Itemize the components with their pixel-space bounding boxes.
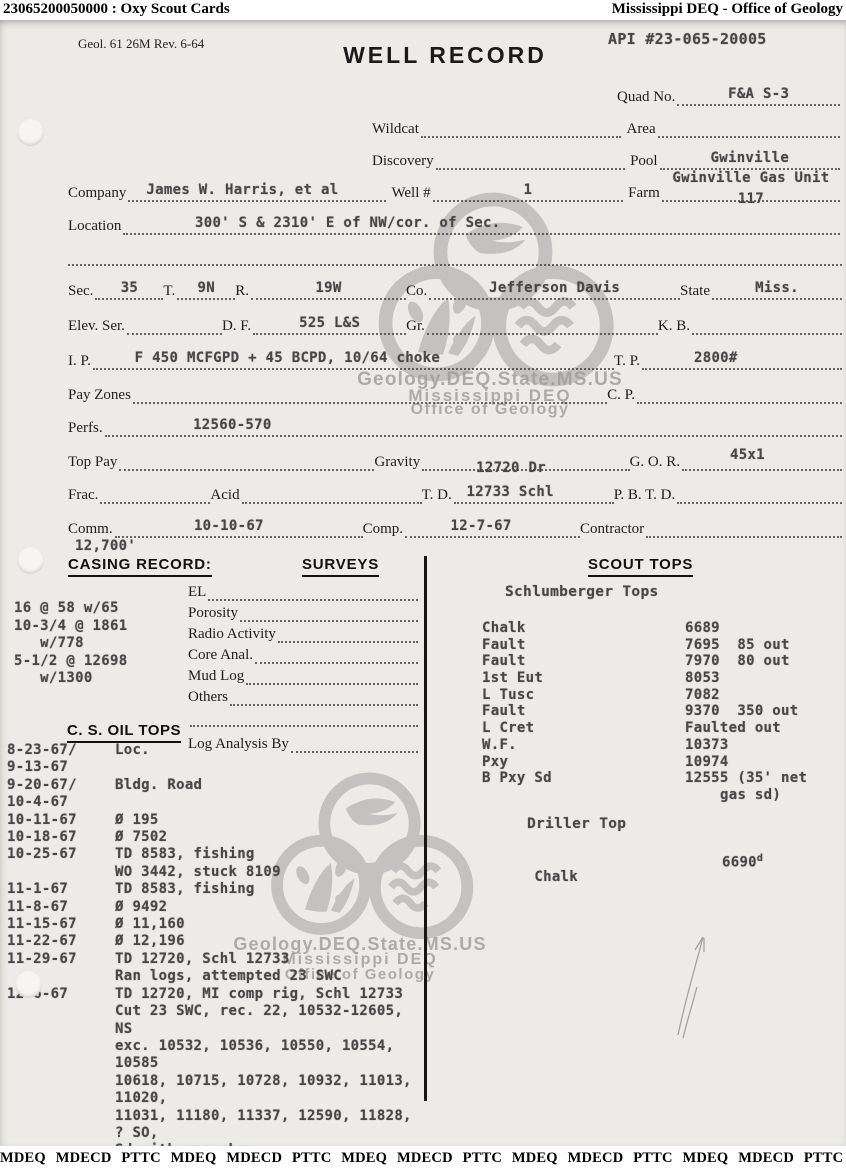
- survey-label: Core Anal.: [188, 648, 255, 664]
- pbtd-line: [677, 476, 842, 504]
- viewer-header-bar: 23065200050000 : Oxy Scout Cards Mississ…: [0, 0, 846, 20]
- scanned-paper: Geology.DEQ.State.MS.US Mississippi DEQ …: [0, 20, 846, 1146]
- field-row-comm-comp-contractor: Comm. 10-10-67 Comp. 12-7-67 Contractor: [68, 512, 842, 538]
- survey-line: [190, 704, 418, 727]
- oil-top-date: 10-4-67: [7, 794, 115, 811]
- oil-top-text: Bldg. Road: [115, 777, 202, 794]
- oil-top-row: 11-8-67Ø 9492: [7, 899, 427, 916]
- township-line: 9N: [177, 272, 235, 300]
- survey-label: EL: [188, 585, 208, 601]
- oil-top-row: 8-23-67/Loc.: [7, 742, 427, 759]
- perfs-label: Perfs.: [68, 421, 105, 437]
- state-label: State: [680, 284, 712, 300]
- oil-top-text: TD 8583, fishing WO 3442, stuck 8109: [115, 846, 281, 881]
- form-title: WELL RECORD: [280, 42, 610, 69]
- casing-record-heading: CASING RECORD:: [68, 556, 212, 577]
- td-schl-value: 12733 Schl: [467, 484, 554, 500]
- frac-line: [100, 476, 210, 504]
- footer-watermark-text: MDEQ MDECD PTTC MDEQ MDECD PTTC MDEQ MDE…: [0, 1148, 846, 1168]
- oil-top-date: 10-11-67: [7, 812, 115, 829]
- comp-value: 12-7-67: [451, 518, 512, 534]
- oil-top-date: 11-29-67: [7, 951, 115, 968]
- field-row-company-well-farm: Company James W. Harris, et al Well # 1 …: [68, 176, 840, 202]
- schlumberger-tops-subheading: Schlumberger Tops: [505, 584, 659, 600]
- gor-label: G. O. R.: [630, 455, 682, 471]
- ip-line: F 450 MCFGPD + 45 BCPD, 10/64 choke: [93, 342, 614, 370]
- casing-line: 16 @ 58 w/65: [14, 600, 127, 618]
- survey-line: [255, 641, 418, 664]
- scanned-well-record-page: 23065200050000 : Oxy Scout Cards Mississ…: [0, 0, 846, 1168]
- range-value: 19W: [315, 280, 341, 296]
- pbtd-label: P. B. T. D.: [614, 488, 678, 504]
- oil-top-row: 12-6-67TD 12720, MI comp rig, Schl 12733…: [7, 986, 427, 1160]
- sec-value: 35: [121, 280, 138, 296]
- farm-value-2: 117: [738, 191, 764, 207]
- gor-value: 45x1: [730, 447, 765, 463]
- farm-line: Gwinville Gas Unit 117: [662, 174, 840, 202]
- survey-item: [188, 706, 418, 727]
- survey-line: [246, 662, 418, 685]
- casing-line: 10-3/4 @ 1861: [14, 618, 127, 636]
- oil-top-row: 10-25-67TD 8583, fishing WO 3442, stuck …: [7, 846, 427, 881]
- comp-label: Comp.: [363, 522, 405, 538]
- comm-line: 10-10-67: [115, 510, 363, 538]
- pay-zones-label: Pay Zones: [68, 388, 133, 404]
- surveys-heading: SURVEYS: [302, 556, 379, 577]
- county-label: Co.: [406, 284, 429, 300]
- viewer-footer-bar: MDEQ MDECD PTTC MDEQ MDECD PTTC MDEQ MDE…: [0, 1146, 846, 1168]
- ip-label: I. P.: [68, 354, 93, 370]
- township-value: 9N: [198, 280, 215, 296]
- scout-top-name: L Tusc: [482, 687, 685, 703]
- quad-value: F&A S-3: [728, 86, 789, 102]
- scout-top-name: Fault: [482, 703, 685, 719]
- scout-top-continuation: gas sd): [482, 787, 838, 804]
- well-number-line: 1: [433, 174, 624, 202]
- cs-oil-tops-log: 8-23-67/Loc.9-13-679-20-67/Bldg. Road10-…: [7, 742, 427, 1160]
- oil-top-row: 9-20-67/Bldg. Road: [7, 777, 427, 794]
- tp-label: T. P.: [614, 354, 642, 370]
- wildcat-line: [421, 110, 622, 138]
- field-quad-no: Quad No. F&A S-3: [617, 80, 840, 106]
- range-label: R.: [235, 284, 251, 300]
- record-id-title: 23065200050000 : Oxy Scout Cards: [0, 0, 233, 18]
- ip-value: F 450 MCFGPD + 45 BCPD, 10/64 choke: [135, 350, 441, 366]
- acid-label: Acid: [210, 488, 241, 504]
- td-line: 12733 Schl: [454, 476, 614, 504]
- comm-label: Comm.: [68, 522, 115, 538]
- oil-top-date: 11-15-67: [7, 916, 115, 933]
- pool-value: Gwinville: [711, 150, 790, 166]
- comm-value: 10-10-67: [194, 518, 264, 534]
- sec-label: Sec.: [68, 284, 95, 300]
- county-line: Jefferson Davis: [429, 272, 680, 300]
- company-line: James W. Harris, et al: [128, 174, 386, 202]
- scout-top-depth: 7970 80 out: [685, 653, 790, 669]
- scout-top-row: Chalk6689: [482, 620, 838, 637]
- pool-label: Pool: [625, 154, 660, 170]
- scout-top-depth: 9370 350 out: [685, 703, 798, 719]
- scout-top-depth: 12555 (35' net: [685, 770, 807, 786]
- kb-line: [692, 307, 842, 335]
- gr-line: [427, 307, 658, 335]
- survey-label: Porosity: [188, 606, 240, 622]
- area-line: [658, 110, 840, 138]
- sec-line: 35: [95, 272, 163, 300]
- tp-value: 2800#: [694, 350, 738, 366]
- td-label: T. D.: [422, 488, 454, 504]
- survey-line: [208, 578, 418, 601]
- oil-top-date: 8-23-67/: [7, 742, 115, 759]
- location-value: 300' S & 2310' E of NW/cor. of Sec.: [195, 215, 501, 231]
- scout-top-row: 1st Eut8053: [482, 670, 838, 687]
- area-label: Area: [621, 122, 657, 138]
- casing-record-list: 16 @ 58 w/6510-3/4 @ 1861 w/7785-1/2 @ 1…: [14, 600, 127, 688]
- oil-top-text: Ø 9492: [115, 899, 167, 916]
- driller-top-name: Chalk: [534, 869, 578, 885]
- company-value: James W. Harris, et al: [146, 182, 338, 198]
- field-row-payzones-cp: Pay Zones C. P.: [68, 378, 842, 404]
- oil-top-text: Loc.: [115, 742, 150, 759]
- scout-top-depth: 7082: [685, 687, 720, 703]
- cs-oil-tops-heading: C. S. OIL TOPS: [67, 722, 181, 743]
- total-depth-note: 12,700': [75, 538, 136, 554]
- field-row-elevation: Elev. Ser. D. F. 525 L&S Gr. K. B.: [68, 309, 842, 335]
- township-label: T.: [163, 284, 177, 300]
- scout-top-row: L CretFaulted out: [482, 720, 838, 737]
- scout-top-row: L Tusc7082: [482, 687, 838, 704]
- pen-mark: [640, 875, 720, 1045]
- df-value: 525 L&S: [299, 315, 360, 331]
- scout-top-row: W.F.10373: [482, 737, 838, 754]
- survey-item: Others: [188, 685, 418, 706]
- oil-top-row: 11-22-67Ø 12,196: [7, 933, 427, 950]
- oil-top-row: 11-15-67Ø 11,160: [7, 916, 427, 933]
- field-row-ip-tp: I. P. F 450 MCFGPD + 45 BCPD, 10/64 chok…: [68, 344, 842, 370]
- hole-punch-middle: [17, 547, 44, 574]
- survey-item: Radio Activity: [188, 622, 418, 643]
- cp-line: [637, 376, 842, 404]
- scout-top-depth: 10974: [685, 754, 729, 770]
- pay-zones-line: [133, 376, 607, 404]
- acid-line: [242, 476, 422, 504]
- gravity-line: 12720 Dr: [422, 443, 629, 471]
- elev-ser-label: Elev. Ser.: [68, 319, 127, 335]
- casing-line: w/1300: [14, 670, 127, 688]
- county-value: Jefferson Davis: [489, 280, 620, 296]
- section-separator-line: [68, 264, 842, 266]
- kb-label: K. B.: [658, 319, 692, 335]
- scout-top-name: Chalk: [482, 620, 685, 636]
- scout-top-name: 1st Eut: [482, 670, 685, 686]
- scout-top-depth: 7695 85 out: [685, 637, 790, 653]
- discovery-line: [436, 142, 625, 170]
- oil-top-date: 11-22-67: [7, 933, 115, 950]
- oil-top-date: 11-8-67: [7, 899, 115, 916]
- oil-top-text: TD 12720, Schl 12733 Ran logs, attempted…: [115, 951, 342, 986]
- scout-top-depth: 8053: [685, 670, 720, 686]
- comp-line: 12-7-67: [405, 510, 580, 538]
- surveys-list: ELPorosityRadio ActivityCore Anal.Mud Lo…: [188, 580, 418, 753]
- form-number: Geol. 61 26M Rev. 6-64: [78, 36, 204, 52]
- discovery-label: Discovery: [372, 154, 436, 170]
- perfs-value: 12560-570: [193, 417, 272, 433]
- field-row-discovery-pool: Discovery Pool Gwinville: [372, 144, 840, 170]
- contractor-label: Contractor: [580, 522, 646, 538]
- oil-top-date: 10-18-67: [7, 829, 115, 846]
- oil-top-text: Ø 12,196: [115, 933, 185, 950]
- driller-top-depth: 6690d: [722, 853, 763, 871]
- casing-line: 5-1/2 @ 12698: [14, 653, 127, 671]
- survey-item: Core Anal.: [188, 643, 418, 664]
- scout-top-name: L Cret: [482, 720, 685, 736]
- scout-top-name: W.F.: [482, 737, 685, 753]
- field-row-wildcat-area: Wildcat Area: [372, 112, 840, 138]
- gor-line: 45x1: [682, 443, 842, 471]
- driller-top-subheading: Driller Top: [527, 816, 626, 832]
- scout-tops-heading: SCOUT TOPS: [588, 556, 693, 577]
- survey-item: Porosity: [188, 601, 418, 622]
- perfs-line: 12560-570: [105, 409, 842, 437]
- survey-item: Mud Log: [188, 664, 418, 685]
- gr-label: Gr.: [406, 319, 427, 335]
- oil-top-text: TD 8583, fishing: [115, 881, 255, 898]
- scout-top-row: B Pxy Sd12555 (35' net: [482, 770, 838, 787]
- hole-punch-bottom: [15, 971, 42, 998]
- quad-line: F&A S-3: [677, 78, 840, 106]
- oil-top-row: 10-18-67Ø 7502: [7, 829, 427, 846]
- wildcat-label: Wildcat: [372, 122, 421, 138]
- quad-label: Quad No.: [617, 90, 677, 106]
- df-line: 525 L&S: [253, 307, 406, 335]
- oil-top-text: Ø 11,160: [115, 916, 185, 933]
- top-pay-label: Top Pay: [68, 455, 119, 471]
- elev-ser-line: [127, 307, 222, 335]
- oil-top-text: Ø 195: [115, 812, 159, 829]
- scout-top-depth: 10373: [685, 737, 729, 753]
- contractor-line: [646, 510, 842, 538]
- pool-line: Gwinville: [660, 142, 840, 170]
- oil-top-date: 9-20-67/: [7, 777, 115, 794]
- df-label: D. F.: [222, 319, 253, 335]
- field-row-sec-t-r-co-state: Sec. 35 T. 9N R. 19W Co. Jefferson Davis…: [68, 274, 842, 300]
- scout-top-name: Fault: [482, 637, 685, 653]
- field-row-location: Location 300' S & 2310' E of NW/cor. of …: [68, 209, 840, 235]
- scout-top-name: B Pxy Sd: [482, 770, 685, 786]
- oil-top-text: Ø 7502: [115, 829, 167, 846]
- schlumberger-tops-table: Chalk6689Fault7695 85 outFault7970 80 ou…: [482, 620, 838, 804]
- range-line: 19W: [251, 272, 406, 300]
- tp-line: 2800#: [642, 342, 842, 370]
- oil-top-row: 11-29-67TD 12720, Schl 12733 Ran logs, a…: [7, 951, 427, 986]
- casing-line: w/778: [14, 635, 127, 653]
- well-number-label: Well #: [386, 186, 432, 202]
- api-number: API #23-065-20005: [608, 30, 767, 48]
- oil-top-row: 10-11-67Ø 195: [7, 812, 427, 829]
- oil-top-date: 10-25-67: [7, 846, 115, 863]
- scout-top-depth: Faulted out: [685, 720, 781, 736]
- survey-line: [240, 599, 418, 622]
- oil-top-row: 10-4-67: [7, 794, 427, 811]
- location-line: 300' S & 2310' E of NW/cor. of Sec.: [123, 207, 840, 235]
- field-row-perfs: Perfs. 12560-570: [68, 411, 842, 437]
- agency-title: Mississippi DEQ - Office of Geology: [609, 0, 846, 18]
- scout-top-row: Pxy10974: [482, 754, 838, 771]
- company-label: Company: [68, 186, 128, 202]
- survey-line: [230, 683, 418, 706]
- scout-top-row: Fault7970 80 out: [482, 653, 838, 670]
- gravity-label: Gravity: [374, 455, 422, 471]
- location-label: Location: [68, 219, 123, 235]
- scout-top-name: Fault: [482, 653, 685, 669]
- top-pay-line: [119, 443, 374, 471]
- survey-line: [278, 620, 418, 643]
- survey-item: EL: [188, 580, 418, 601]
- scout-top-depth: 6689: [685, 620, 720, 636]
- scout-top-row: Fault9370 350 out: [482, 703, 838, 720]
- frac-label: Frac.: [68, 488, 100, 504]
- oil-top-date: 11-1-67: [7, 881, 115, 898]
- oil-top-row: 11-1-67TD 8583, fishing: [7, 881, 427, 898]
- field-row-frac-acid-td-pbtd: Frac. Acid T. D. 12733 Schl P. B. T. D.: [68, 478, 842, 504]
- well-number-value: 1: [524, 182, 533, 198]
- oil-top-row: 9-13-67: [7, 759, 427, 776]
- td-driller-value: 12720 Dr: [476, 460, 546, 476]
- oil-top-text: TD 12720, MI comp rig, Schl 12733 Cut 23…: [115, 986, 427, 1160]
- cp-label: C. P.: [607, 388, 637, 404]
- state-line: Miss.: [712, 272, 842, 300]
- scout-top-row: Fault7695 85 out: [482, 637, 838, 654]
- farm-value: Gwinville Gas Unit: [672, 170, 829, 186]
- oil-top-date: 9-13-67: [7, 759, 115, 776]
- scout-top-name: Pxy: [482, 754, 685, 770]
- state-value: Miss.: [755, 280, 799, 296]
- hole-punch-top: [17, 119, 44, 146]
- farm-label: Farm: [623, 186, 662, 202]
- field-row-toppay-gravity-gor: Top Pay Gravity 12720 Dr G. O. R. 45x1: [68, 445, 842, 471]
